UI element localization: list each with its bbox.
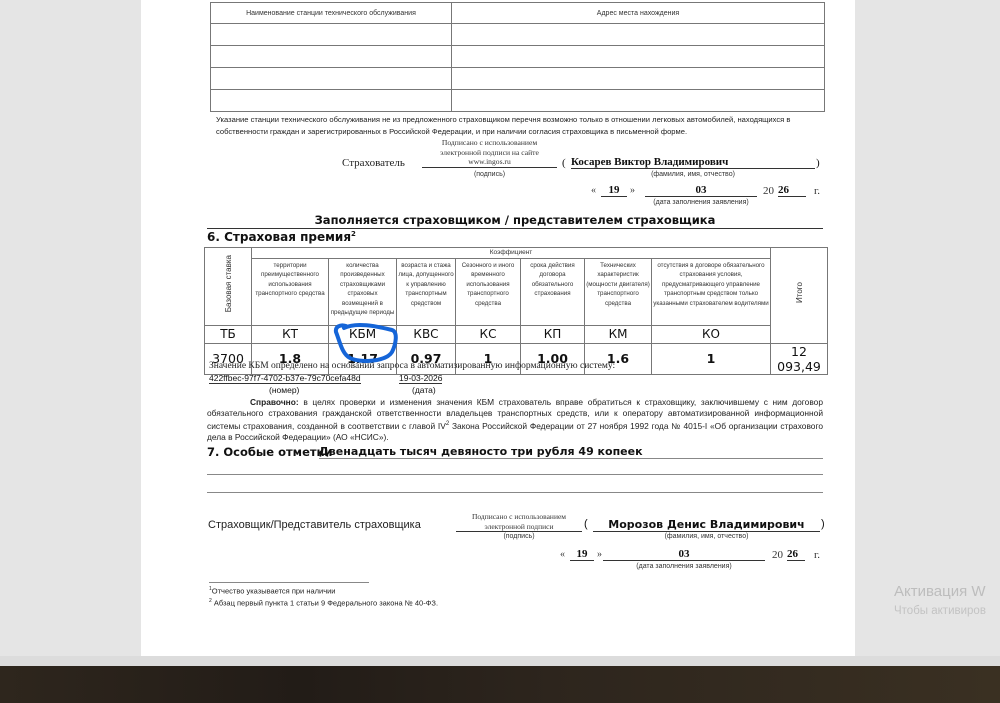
insurer-name: Морозов Денис Владимирович [593, 518, 820, 532]
ks-desc: Сезонного и иного временного использован… [456, 258, 521, 325]
station-address-cell[interactable] [452, 46, 825, 68]
kbm-request-date: 19-03-2026 [399, 373, 442, 384]
station-name-cell[interactable] [211, 68, 452, 90]
insured-name: Косарев Виктор Владимирович [571, 156, 815, 169]
number-caption: (номер) [269, 385, 299, 395]
ko-value: 1 [652, 343, 771, 374]
footnote-ref: 2 [351, 230, 356, 238]
insured-paren-close: ) [816, 157, 820, 169]
reference-label: Справочно: [250, 397, 299, 407]
kbm-request-number: 422ffbec-97f7-4702-b37e-79c70cefa48d [209, 373, 361, 384]
reference-paragraph: Справочно: в целях проверки и изменения … [207, 397, 823, 444]
year-prefix: 20 [763, 185, 774, 197]
kp-desc: срока действия договора обязательного ст… [521, 258, 585, 325]
taskbar [0, 666, 1000, 703]
highlight-circle-annotation [326, 318, 406, 366]
insured-name-caption: (фамилия, имя, отчество) [571, 171, 815, 178]
total-label: Итого [795, 282, 804, 303]
tb-code: ТБ [205, 325, 252, 343]
insurer-year: 26 [787, 548, 805, 561]
quote-close: » [597, 549, 602, 560]
station-address-cell[interactable] [452, 90, 825, 112]
insurer-role-label: Страховщик/Представитель страховщика [208, 519, 421, 531]
premium-table: Базовая ставка Коэффициент Итого террито… [204, 247, 828, 375]
activation-watermark-title: Активация W [894, 583, 986, 600]
insured-date-caption: (дата заполнения заявления) [645, 199, 757, 206]
station-note: Указание станции технического обслуживан… [216, 114, 822, 138]
ko-code: КО [652, 325, 771, 343]
signed-line: Подписано с использованием [422, 138, 557, 148]
station-name-header: Наименование станции технического обслуж… [211, 3, 452, 24]
special-notes-value[interactable]: Двенадцать тысяч девяносто три рубля 49 … [319, 445, 823, 459]
footnote-text: Абзац первый пункта 1 статьи 9 Федеральн… [212, 599, 438, 608]
insurer-paren-open: ( [584, 518, 588, 530]
insured-paren-open: ( [562, 157, 566, 169]
date-caption: (дата) [412, 385, 436, 395]
signed-line: Подписано с использованием [456, 512, 582, 522]
service-station-table: Наименование станции технического обслуж… [210, 2, 825, 112]
base-rate-label: Базовая ставка [224, 255, 233, 312]
insured-e-signature: Подписано с использованием электронной п… [422, 138, 557, 168]
year-unit: г. [814, 549, 820, 561]
table-row [211, 68, 825, 90]
station-address-header: Адрес места нахождения [452, 3, 825, 24]
year-unit: г. [814, 185, 820, 197]
station-address-cell[interactable] [452, 24, 825, 46]
station-name-cell[interactable] [211, 90, 452, 112]
notes-line [207, 492, 823, 493]
premium-title: 6. Страховая премия2 [207, 230, 356, 244]
ks-code: КС [456, 325, 521, 343]
insured-year: 26 [778, 184, 806, 197]
quote-open: « [560, 549, 565, 560]
base-rate-header: Базовая ставка [205, 248, 252, 326]
insured-signature-caption: (подпись) [422, 171, 557, 178]
insured-role-label: Страхователь [342, 157, 405, 169]
kt-desc: территории преимущественного использован… [252, 258, 329, 325]
footnote-2: 2 Абзац первый пункта 1 статьи 9 Федерал… [209, 598, 438, 608]
activation-watermark-subtitle: Чтобы активиров [894, 605, 986, 617]
kbm-info-text: Значение КБМ определено на основании зап… [209, 361, 615, 371]
insurer-month: 03 [603, 548, 765, 561]
signed-line: электронной подписи на сайте [422, 148, 557, 158]
ko-desc: отсутствия в договоре обязательного стра… [652, 258, 771, 325]
signed-line: www.ingos.ru [422, 157, 557, 168]
km-code: КМ [585, 325, 652, 343]
kbm-desc: количества произведенных страховщиками с… [329, 258, 397, 325]
special-notes-title: 7. Особые отметки [207, 445, 332, 459]
table-row [211, 90, 825, 112]
year-prefix: 20 [772, 549, 783, 561]
station-name-cell[interactable] [211, 24, 452, 46]
signed-line: электронной подписи [456, 522, 582, 533]
table-row [211, 24, 825, 46]
station-name-cell[interactable] [211, 46, 452, 68]
insurer-paren-close: ) [821, 518, 825, 530]
insured-day: 19 [601, 184, 627, 197]
insurer-e-signature: Подписано с использованием электронной п… [456, 512, 582, 532]
quote-close: » [630, 185, 635, 196]
insurer-section-title: Заполняется страховщиком / представителе… [207, 213, 823, 229]
footnote-separator [209, 582, 369, 583]
insurer-signature-caption: (подпись) [456, 533, 582, 540]
footnote-1: 1Отчество указывается при наличии [209, 586, 336, 596]
kvs-desc: возраста и стажа лица, допущенного к упр… [397, 258, 456, 325]
insured-month: 03 [645, 184, 757, 197]
footnote-text: Отчество указывается при наличии [212, 587, 336, 596]
quote-open: « [591, 185, 596, 196]
insurer-name-caption: (фамилия, имя, отчество) [593, 533, 820, 540]
page-shadow [0, 656, 1000, 666]
insurer-day: 19 [570, 548, 594, 561]
premium-title-text: 6. Страховая премия [207, 230, 351, 244]
notes-line [207, 474, 823, 475]
table-row [211, 46, 825, 68]
insurer-date-caption: (дата заполнения заявления) [603, 563, 765, 570]
station-address-cell[interactable] [452, 68, 825, 90]
km-desc: Технических характеристик (мощности двиг… [585, 258, 652, 325]
kt-code: КТ [252, 325, 329, 343]
kp-code: КП [521, 325, 585, 343]
coef-header: Коэффициент [252, 248, 771, 259]
total-value: 12 093,49 [771, 343, 828, 374]
total-header: Итого [771, 248, 828, 344]
